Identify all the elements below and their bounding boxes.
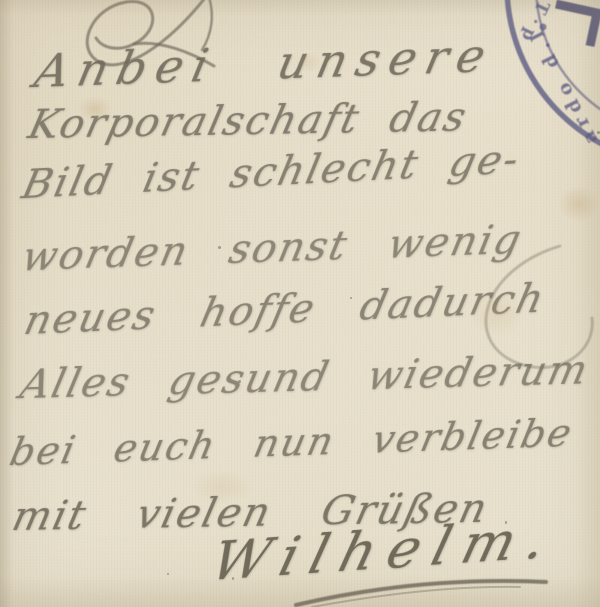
paper-speck <box>167 573 169 575</box>
stamp-corner-mark <box>556 4 597 46</box>
handwritten-line-1: Anbei unsere <box>30 28 499 98</box>
letter-page: Anbei unsere Korporalschaft das Bild ist… <box>0 0 600 607</box>
handwritten-line-6: Alles gesund wiederum <box>16 347 594 408</box>
handwritten-line-5: neues hoffe dadurch <box>20 276 550 344</box>
handwritten-line-3: Bild ist schlecht ge- <box>18 136 524 208</box>
handwritten-line-2: Korporalschaft das <box>24 94 472 148</box>
stamp-text-fragment: ardo d.l <box>524 22 600 148</box>
handwritten-line-7: bei euch nun verbleibe <box>6 411 577 474</box>
handwritten-line-4: worden sonst wenig <box>18 217 527 280</box>
age-spot <box>558 186 600 222</box>
